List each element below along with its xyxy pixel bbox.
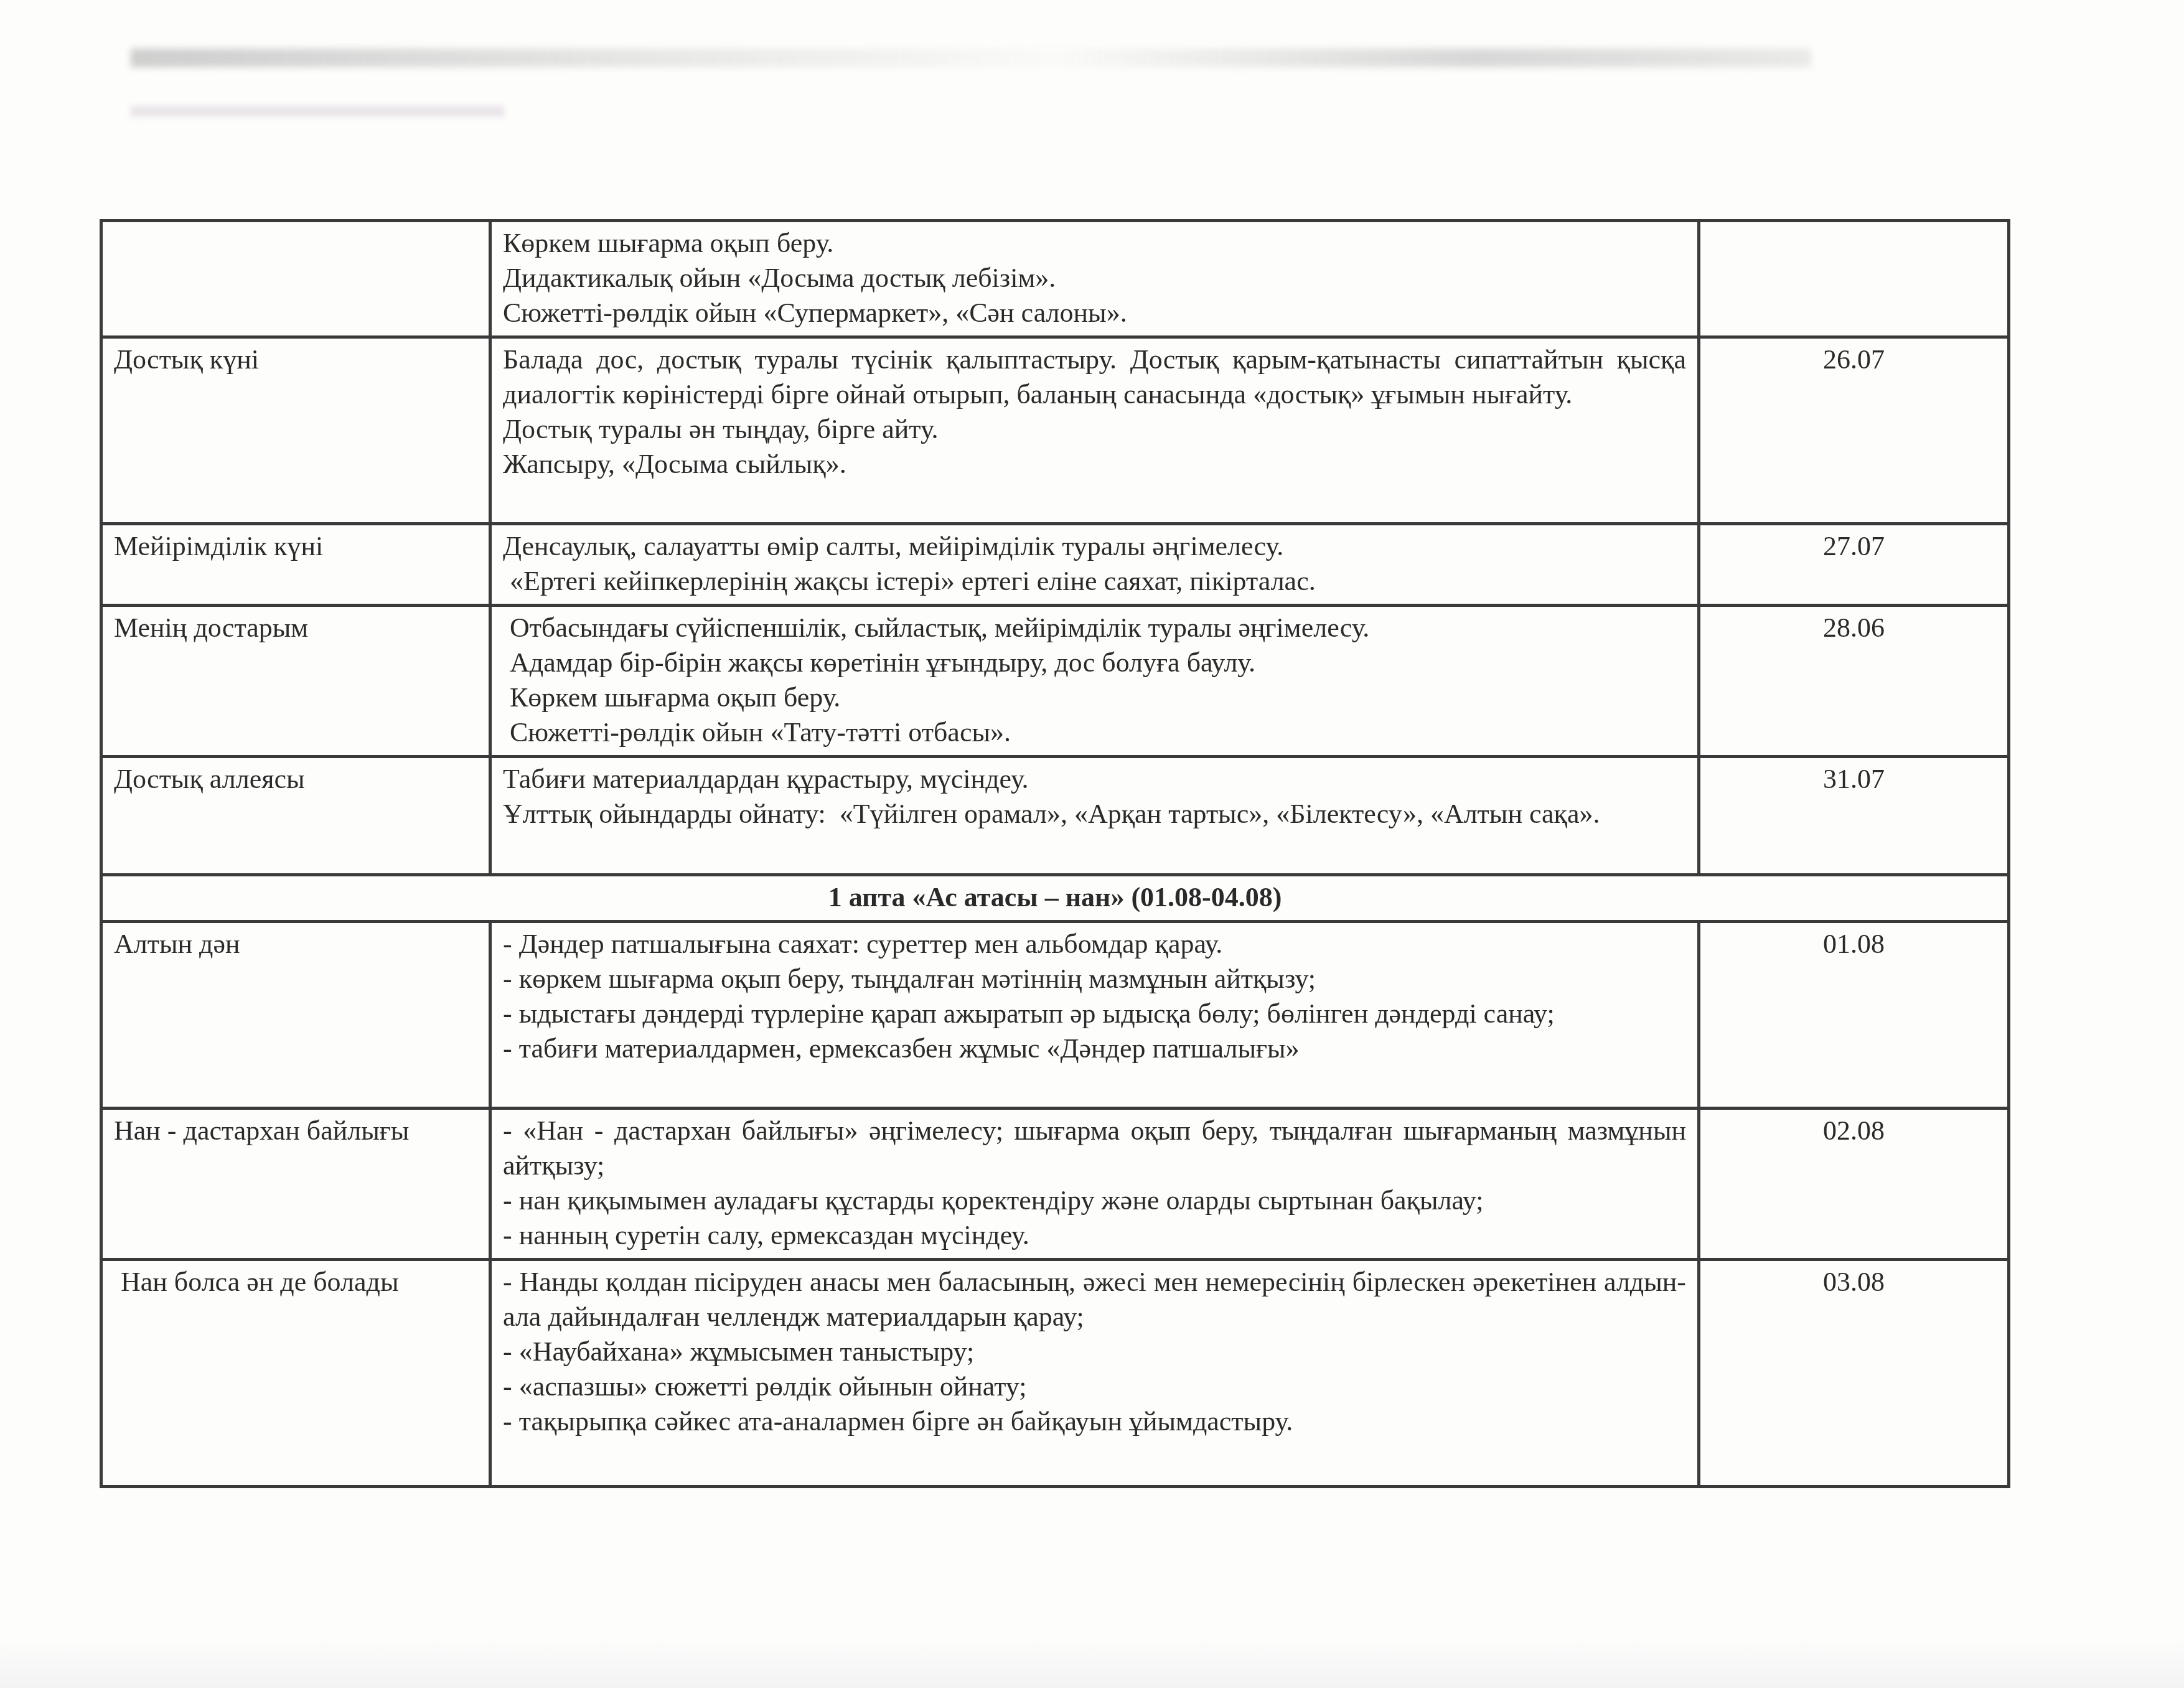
- activities-cell: Отбасындағы сүйіспеншілік, сыйластық, ме…: [490, 606, 1699, 757]
- date-cell: 03.08: [1699, 1260, 2009, 1487]
- date-cell: 27.07: [1699, 524, 2009, 606]
- topic-cell: Менің достарым: [101, 606, 490, 757]
- scan-edge: [0, 1637, 2184, 1688]
- table-row: Көркем шығарма оқып беру.Дидактикалық ой…: [101, 221, 2009, 337]
- activities-cell: - Дәндер патшалығына саяхат: суреттер ме…: [490, 922, 1699, 1109]
- activity-line: Көркем шығарма оқып беру.: [503, 680, 1686, 715]
- activities-cell: Табиғи материалдардан құрастыру, мүсінде…: [490, 757, 1699, 875]
- scan-artifact: [131, 49, 1811, 67]
- activity-line: Көркем шығарма оқып беру.: [503, 226, 1686, 261]
- activities-cell: Балада дос, достық туралы түсінік қалыпт…: [490, 337, 1699, 524]
- table-row: Нан болса ән де болады- Нанды қолдан піс…: [101, 1260, 2009, 1487]
- activity-plan-table: Көркем шығарма оқып беру.Дидактикалық ой…: [100, 219, 2010, 1488]
- activity-line: Жапсыру, «Досыма сыйлық».: [503, 447, 1686, 482]
- topic-cell: Мейірімділік күні: [101, 524, 490, 606]
- activities-cell: - Нанды қолдан пісіруден анасы мен балас…: [490, 1260, 1699, 1487]
- activity-line: - Нанды қолдан пісіруден анасы мен балас…: [503, 1265, 1686, 1334]
- topic-cell: [101, 221, 490, 337]
- table-row: Мейірімділік күніДенсаулық, салауатты өм…: [101, 524, 2009, 606]
- topic-cell: Алтын дән: [101, 922, 490, 1109]
- activity-line: Денсаулық, салауатты өмір салты, мейірім…: [503, 529, 1686, 564]
- date-cell: 26.07: [1699, 337, 2009, 524]
- activity-line: - көркем шығарма оқып беру, тыңдалған мә…: [503, 962, 1686, 996]
- activity-line: Ұлттық ойындарды ойнату: «Түйілген орама…: [503, 797, 1686, 832]
- date-cell: 01.08: [1699, 922, 2009, 1109]
- activity-line: Табиғи материалдардан құрастыру, мүсінде…: [503, 762, 1686, 797]
- activity-line: Отбасындағы сүйіспеншілік, сыйластық, ме…: [503, 611, 1686, 645]
- topic-cell: Нан - дастархан байлығы: [101, 1109, 490, 1260]
- table-row: Достық күніБалада дос, достық туралы түс…: [101, 337, 2009, 524]
- activity-line: - «Наубайхана» жұмысымен таныстыру;: [503, 1334, 1686, 1369]
- activity-line: - «Нан - дастархан байлығы» әңгімелесу; …: [503, 1114, 1686, 1183]
- activity-line: Сюжетті-рөлдік ойын «Супермаркет», «Сән …: [503, 296, 1686, 331]
- date-cell: 28.06: [1699, 606, 2009, 757]
- activity-line: - «аспазшы» сюжетті рөлдік ойынын ойнату…: [503, 1369, 1686, 1404]
- activity-line: - Дәндер патшалығына саяхат: суреттер ме…: [503, 927, 1686, 962]
- activity-line: Адамдар бір-бірін жақсы көретінін ұғынды…: [503, 645, 1686, 680]
- activity-line: - тақырыпқа сәйкес ата-аналармен бірге ә…: [503, 1404, 1686, 1439]
- topic-cell: Достық аллеясы: [101, 757, 490, 875]
- activity-line: - нанның суретін салу, ермексаздан мүсін…: [503, 1218, 1686, 1253]
- activity-line: - ыдыстағы дәндерді түрлеріне қарап ажыр…: [503, 996, 1686, 1031]
- topic-cell: Достық күні: [101, 337, 490, 524]
- table-row: Нан - дастархан байлығы- «Нан - дастарха…: [101, 1109, 2009, 1260]
- date-cell: 02.08: [1699, 1109, 2009, 1260]
- scan-artifact: [131, 106, 504, 117]
- week-header-row: 1 апта «Ас атасы – нан» (01.08-04.08): [101, 875, 2009, 922]
- activity-line: Достық туралы ән тыңдау, бірге айту.: [503, 412, 1686, 447]
- topic-cell: Нан болса ән де болады: [101, 1260, 490, 1487]
- activity-line: - табиғи материалдармен, ермексазбен жұм…: [503, 1031, 1686, 1066]
- table-row: Алтын дән- Дәндер патшалығына саяхат: су…: [101, 922, 2009, 1109]
- table-body: Көркем шығарма оқып беру.Дидактикалық ой…: [101, 221, 2009, 1487]
- week-title: 1 апта «Ас атасы – нан» (01.08-04.08): [101, 875, 2009, 922]
- activities-cell: Көркем шығарма оқып беру.Дидактикалық ой…: [490, 221, 1699, 337]
- activity-line: - нан қиқымымен ауладағы құстарды қорект…: [503, 1183, 1686, 1218]
- table-row: Менің достарым Отбасындағы сүйіспеншілік…: [101, 606, 2009, 757]
- activity-line: Дидактикалық ойын «Досыма достық лебізім…: [503, 261, 1686, 296]
- table-row: Достық аллеясыТабиғи материалдардан құра…: [101, 757, 2009, 875]
- date-cell: [1699, 221, 2009, 337]
- activities-cell: - «Нан - дастархан байлығы» әңгімелесу; …: [490, 1109, 1699, 1260]
- activity-line: Балада дос, достық туралы түсінік қалыпт…: [503, 342, 1686, 412]
- activity-line: Сюжетті-рөлдік ойын «Тату-тәтті отбасы».: [503, 715, 1686, 750]
- date-cell: 31.07: [1699, 757, 2009, 875]
- activity-line: «Ертегі кейіпкерлерінің жақсы істері» ер…: [503, 564, 1686, 599]
- activities-cell: Денсаулық, салауатты өмір салты, мейірім…: [490, 524, 1699, 606]
